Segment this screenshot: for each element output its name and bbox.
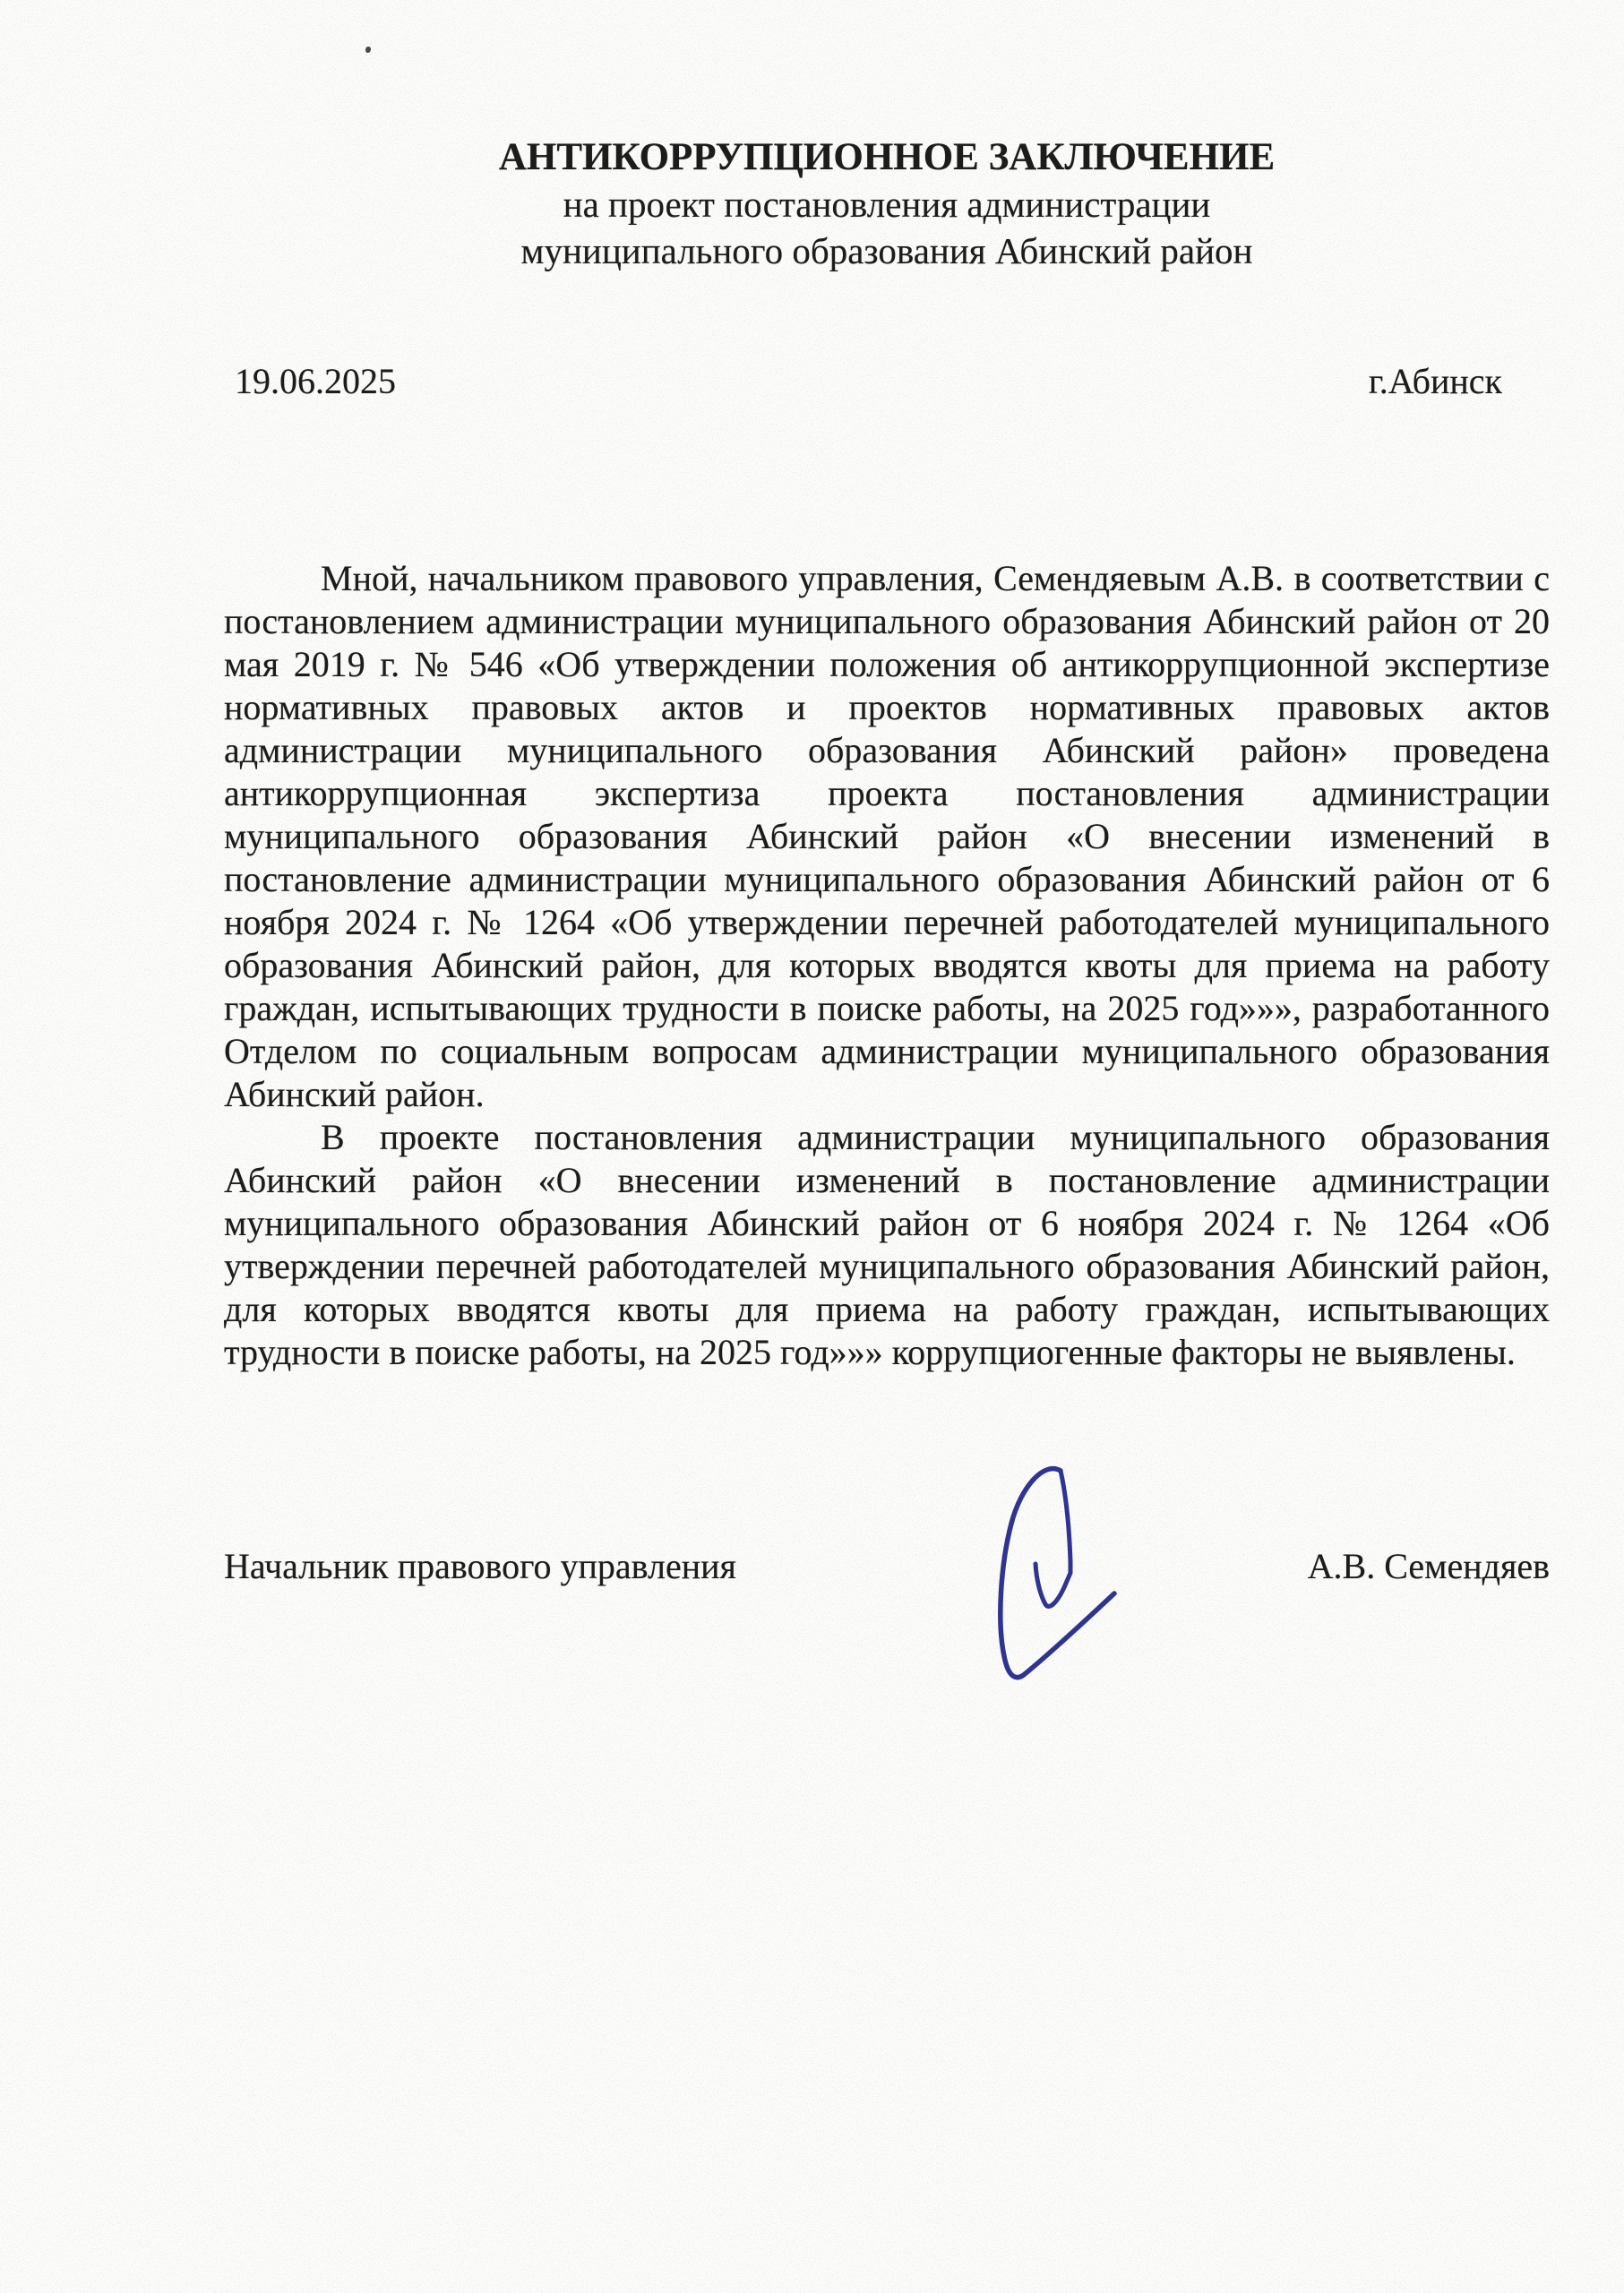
signature-stroke-main xyxy=(1001,1469,1114,1678)
document-page: АНТИКОРРУПЦИОННОЕ ЗАКЛЮЧЕНИЕ на проект п… xyxy=(0,0,1624,2293)
signature-stroke-hook xyxy=(1035,1564,1070,1606)
signer-position-label: Начальник правового управления xyxy=(224,1545,736,1588)
signature-stroke-inner xyxy=(1061,1471,1070,1573)
document-subtitle-line-2: муниципального образования Абинский райо… xyxy=(224,228,1550,274)
document-header: АНТИКОРРУПЦИОННОЕ ЗАКЛЮЧЕНИЕ на проект п… xyxy=(224,134,1550,274)
document-place: г.Абинск xyxy=(1369,360,1550,403)
signer-name: А.В. Семендяев xyxy=(1308,1545,1550,1588)
document-date: 19.06.2025 xyxy=(224,360,396,403)
scan-speck xyxy=(365,47,371,53)
document-body: Мной, начальником правового управления, … xyxy=(224,557,1550,1374)
date-place-row: 19.06.2025 г.Абинск xyxy=(224,360,1550,403)
handwritten-signature xyxy=(985,1447,1133,1690)
body-paragraph-1: Мной, начальником правового управления, … xyxy=(224,557,1550,1116)
document-subtitle-line-1: на проект постановления администрации xyxy=(224,181,1550,228)
document-title: АНТИКОРРУПЦИОННОЕ ЗАКЛЮЧЕНИЕ xyxy=(224,134,1550,181)
signature-row: Начальник правового управления А.В. Семе… xyxy=(224,1545,1550,1588)
body-paragraph-2: В проекте постановления администрации му… xyxy=(224,1116,1550,1374)
